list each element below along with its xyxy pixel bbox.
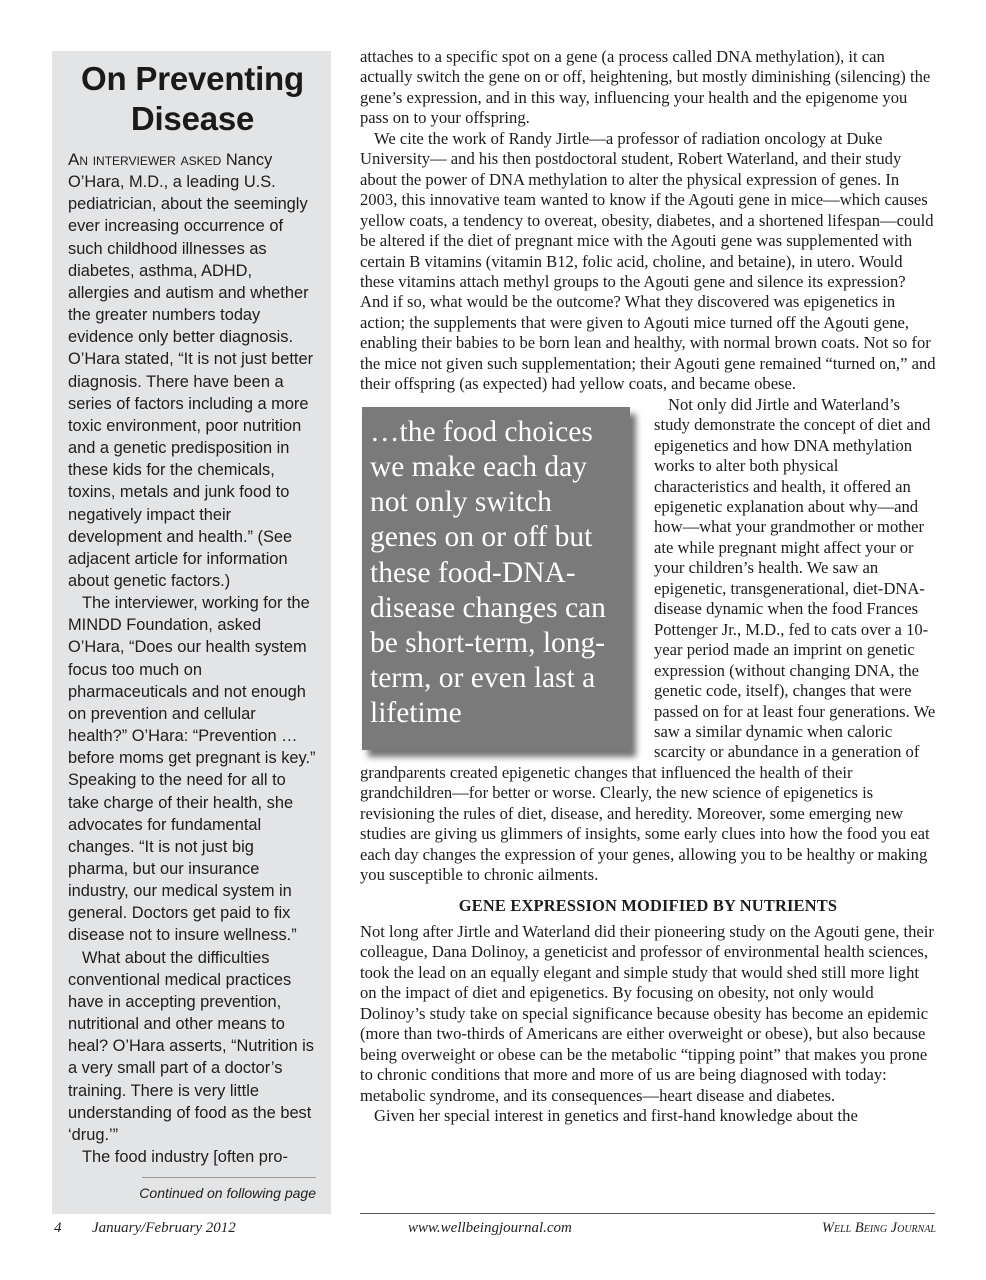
sidebar-title: On Preventing Disease	[68, 59, 317, 139]
journal-name: Well Being Journal	[822, 1220, 936, 1237]
footer-divider	[360, 1213, 935, 1214]
continued-divider	[142, 1177, 316, 1178]
sidebar-paragraph-4: The food industry [often pro-	[68, 1146, 317, 1168]
issue-date: January/February 2012	[92, 1220, 236, 1237]
pull-quote: …the food choices we make each day not o…	[362, 407, 630, 750]
sidebar-paragraph-1: An interviewer asked Nancy O’Hara, M.D.,…	[68, 149, 317, 592]
lead-in-smallcaps: An interviewer asked	[68, 150, 221, 169]
sidebar-box: On Preventing Disease An interviewer ask…	[52, 51, 331, 1214]
article-paragraph-5: Given her special interest in genetics a…	[360, 1106, 936, 1126]
article-paragraph-4: Not long after Jirtle and Waterland did …	[360, 922, 936, 1106]
page-number: 4	[54, 1220, 62, 1237]
sidebar-paragraph-2: The interviewer, working for the MINDD F…	[68, 592, 317, 947]
section-heading: GENE EXPRESSION MODIFIED BY NUTRIENTS	[360, 896, 936, 916]
sidebar-paragraph-3: What about the difficulties conventional…	[68, 947, 317, 1146]
continued-note: Continued on following page	[139, 1182, 316, 1204]
article-paragraph-1: attaches to a specific spot on a gene (a…	[360, 47, 936, 129]
website-link[interactable]: www.wellbeingjournal.com	[408, 1220, 572, 1237]
article-paragraph-2: We cite the work of Randy Jirtle—a profe…	[360, 129, 936, 395]
main-article: attaches to a specific spot on a gene (a…	[360, 47, 936, 1127]
